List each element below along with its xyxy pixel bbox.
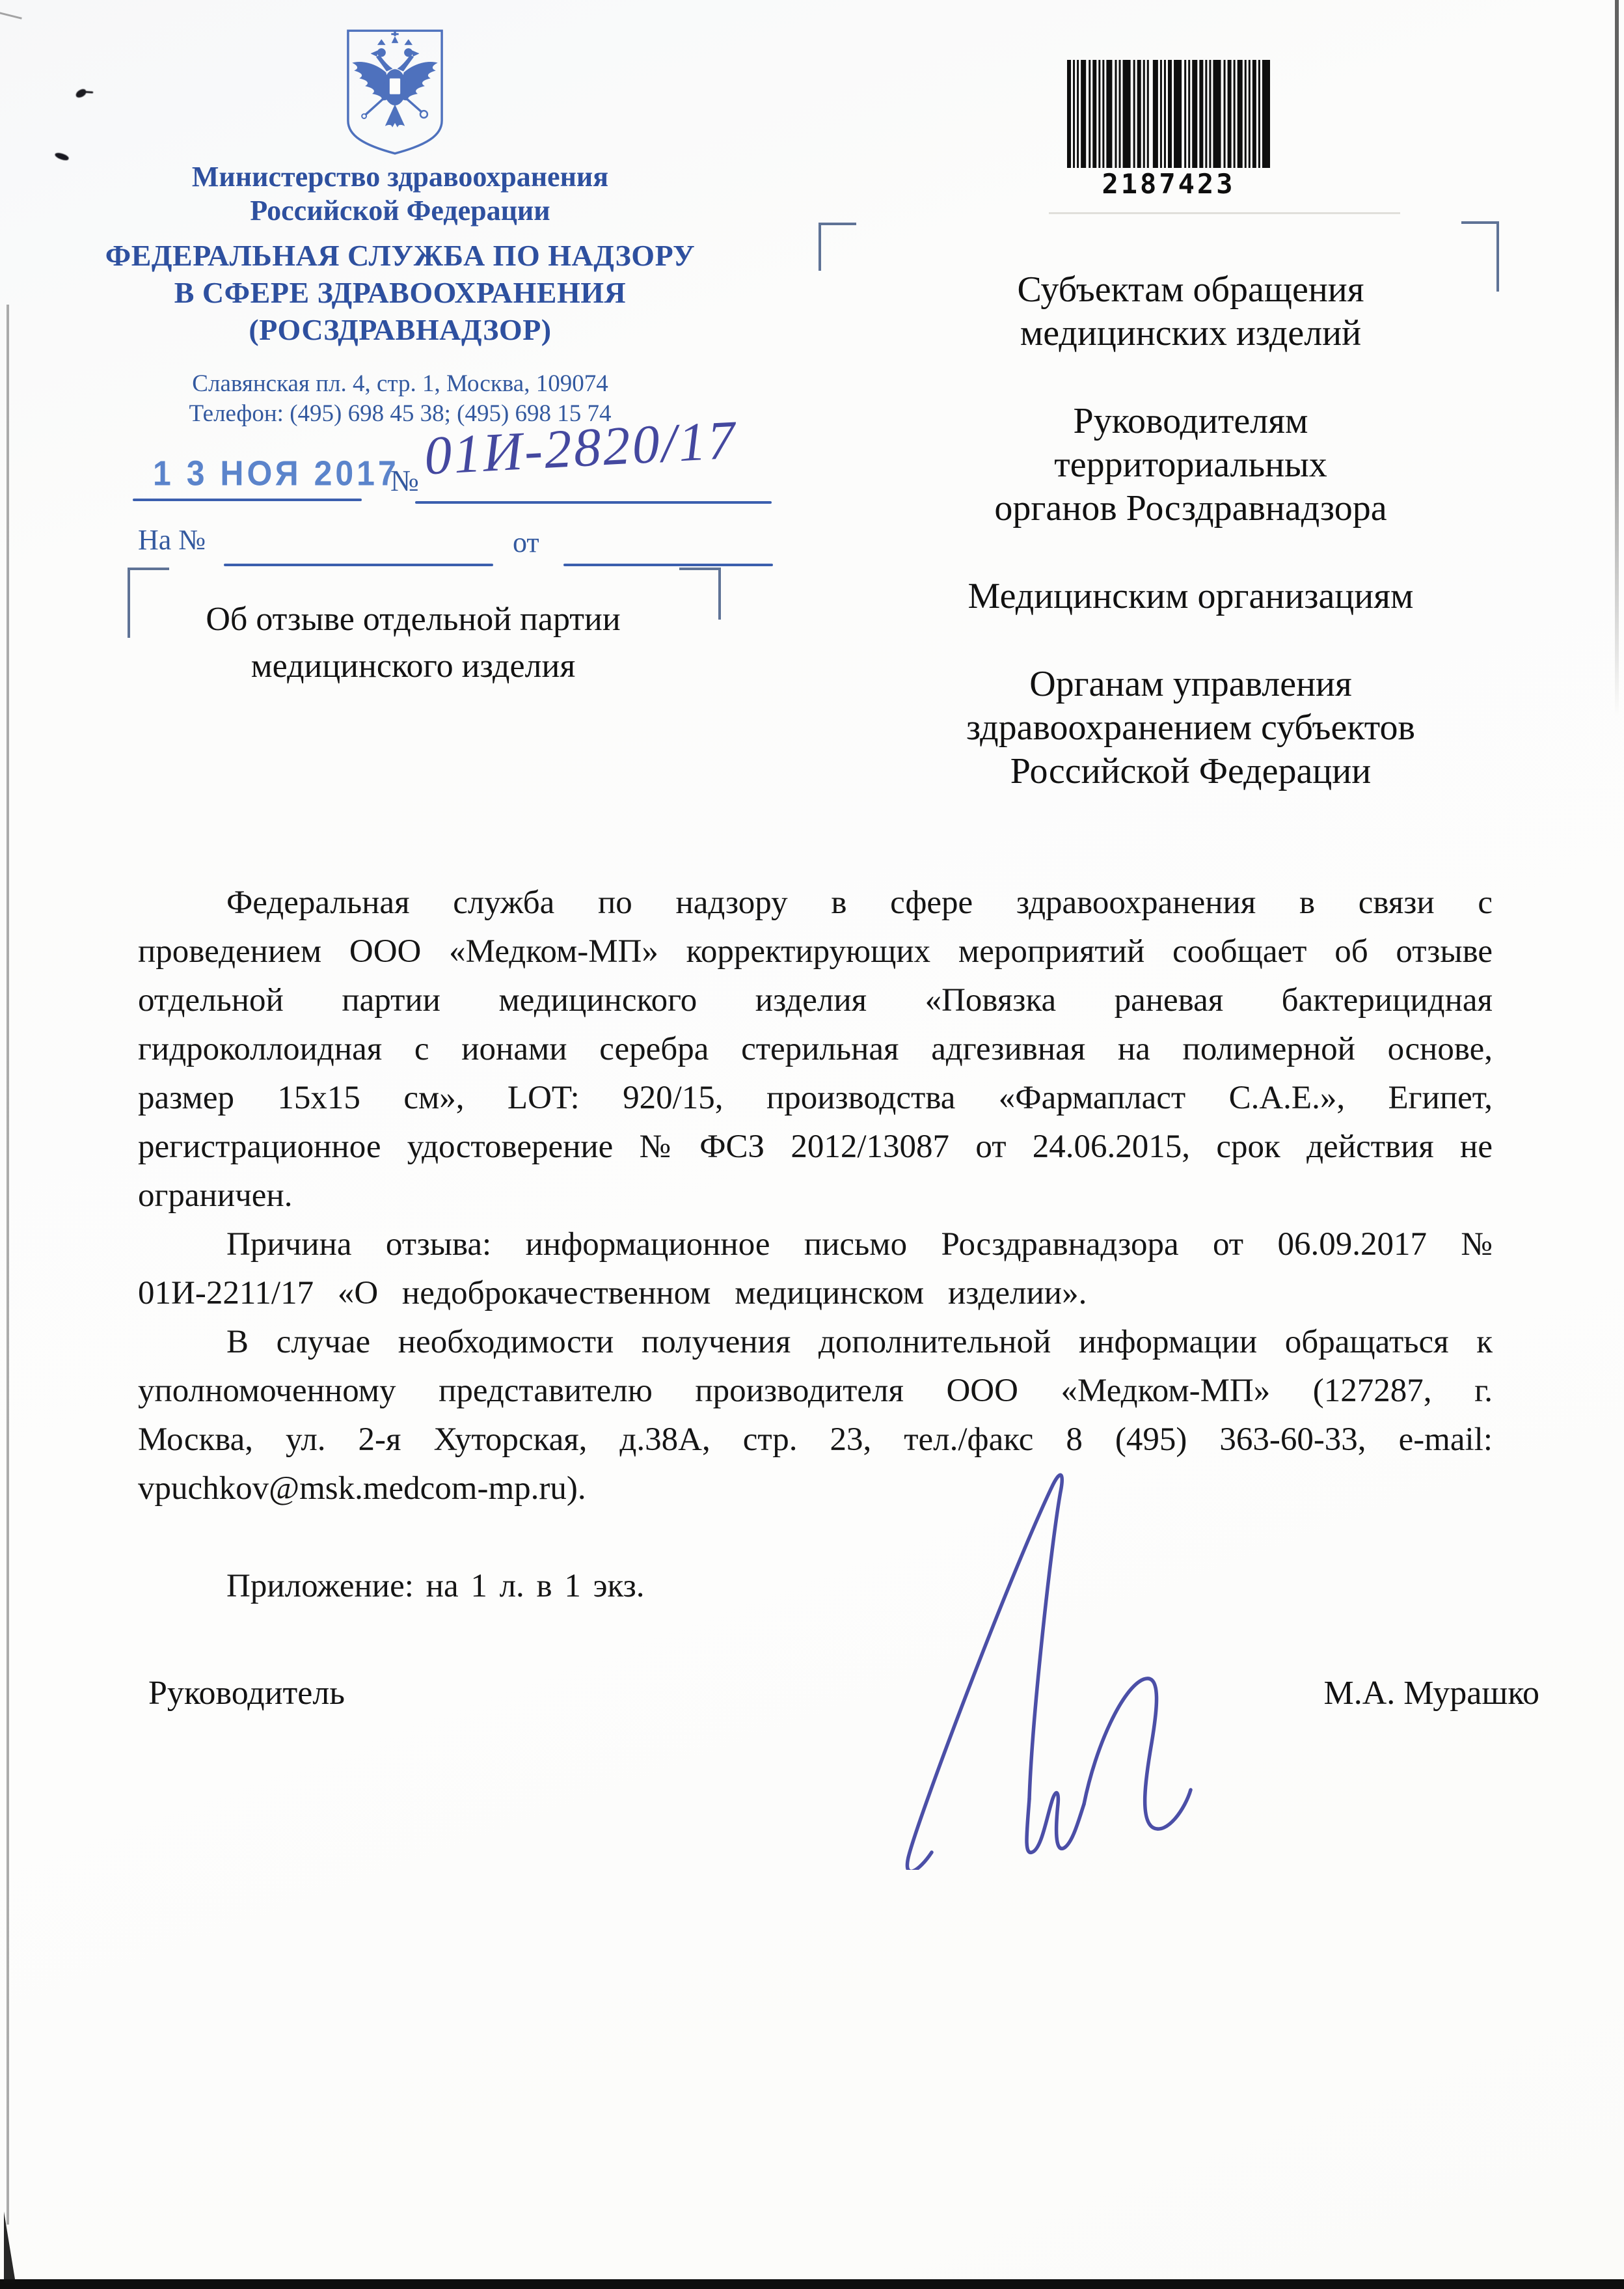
recipient-line: органов Росздравнадзора [807,487,1575,530]
handwritten-signature [833,1470,1210,1870]
subject-line1: Об отзыве отдельной партии [156,596,670,643]
in-reply-from-label: от [513,526,539,559]
body-paragraph-2: Причина отзыва: информационное письмо Ро… [138,1220,1493,1318]
recipient-line: Органам управления [807,663,1575,706]
body-paragraph-1: Федеральная служба по надзору в сфере зд… [138,879,1493,1220]
in-reply-to-label: На № [138,523,206,556]
ministry-name-line2: Российской Федерации [98,194,703,228]
recipient-line: Российской Федерации [807,750,1575,793]
in-reply-date-underline [563,564,773,566]
number-underline [415,501,772,504]
postal-address: Славянская пл. 4, стр. 1, Москва, 109074 [98,369,703,399]
ink-speck [74,88,87,99]
registration-barcode: 2187423 [1067,60,1270,200]
recipient-group: Медицинским организациям [807,575,1575,618]
recipient-line: Медицинским организациям [807,575,1575,618]
ink-speck [54,152,70,162]
attachment-line: Приложение: на 1 л. в 1 экз. [138,1562,1493,1611]
subject-line2: медицинского изделия [156,643,670,690]
recipient-line: Руководителям [807,400,1575,443]
barcode-number: 2187423 [1067,168,1270,200]
scan-artifact-bottom-edge [0,2279,1624,2289]
date-underline [133,499,362,501]
letter-body: Федеральная служба по надзору в сфере зд… [138,879,1493,1611]
service-name-line1: ФЕДЕРАЛЬНАЯ СЛУЖБА ПО НАДЗОРУ [98,237,703,274]
recipient-line: Субъектам обращения [807,268,1575,312]
service-name-line2: В СФЕРЕ ЗДРАВООХРАНЕНИЯ [98,274,703,311]
coat-of-arms-icon [344,27,446,158]
letterhead: Министерство здравоохранения Российской … [98,160,703,429]
scan-artifact-corner-wedge [4,2212,16,2283]
scan-artifact-left-edge [7,305,9,2225]
body-paragraph-3: В случае необходимости получения дополни… [138,1318,1493,1513]
number-sign-label: № [390,463,419,498]
scan-artifact-fold-line [1049,212,1400,214]
scan-artifact-right-edge [1615,0,1619,716]
subject-block: Об отзыве отдельной партии медицинского … [156,596,670,690]
date-stamp: 1 3 НОЯ 2017 [153,453,399,494]
recipient-group: Субъектам обращения медицинских изделий [807,268,1575,355]
scan-artifact-pen-mark [0,11,22,20]
service-name-line3: (РОСЗДРАВНАДЗОР) [98,311,703,348]
recipient-group: Органам управления здравоохранением субъ… [807,663,1575,793]
recipient-line: медицинских изделий [807,312,1575,355]
signer-name: М.А. Мурашко [1324,1674,1539,1712]
in-reply-number-underline [224,564,493,566]
scanned-letter-page: Министерство здравоохранения Российской … [0,0,1624,2289]
ministry-name-line1: Министерство здравоохранения [98,160,703,194]
recipient-group: Руководителям территориальных органов Ро… [807,400,1575,530]
recipient-line: здравоохранением субъектов [807,706,1575,750]
signer-position-title: Руководитель [148,1674,345,1712]
barcode-bars [1067,60,1270,168]
recipient-line: территориальных [807,443,1575,487]
recipients-block: Субъектам обращения медицинских изделий … [807,268,1575,838]
